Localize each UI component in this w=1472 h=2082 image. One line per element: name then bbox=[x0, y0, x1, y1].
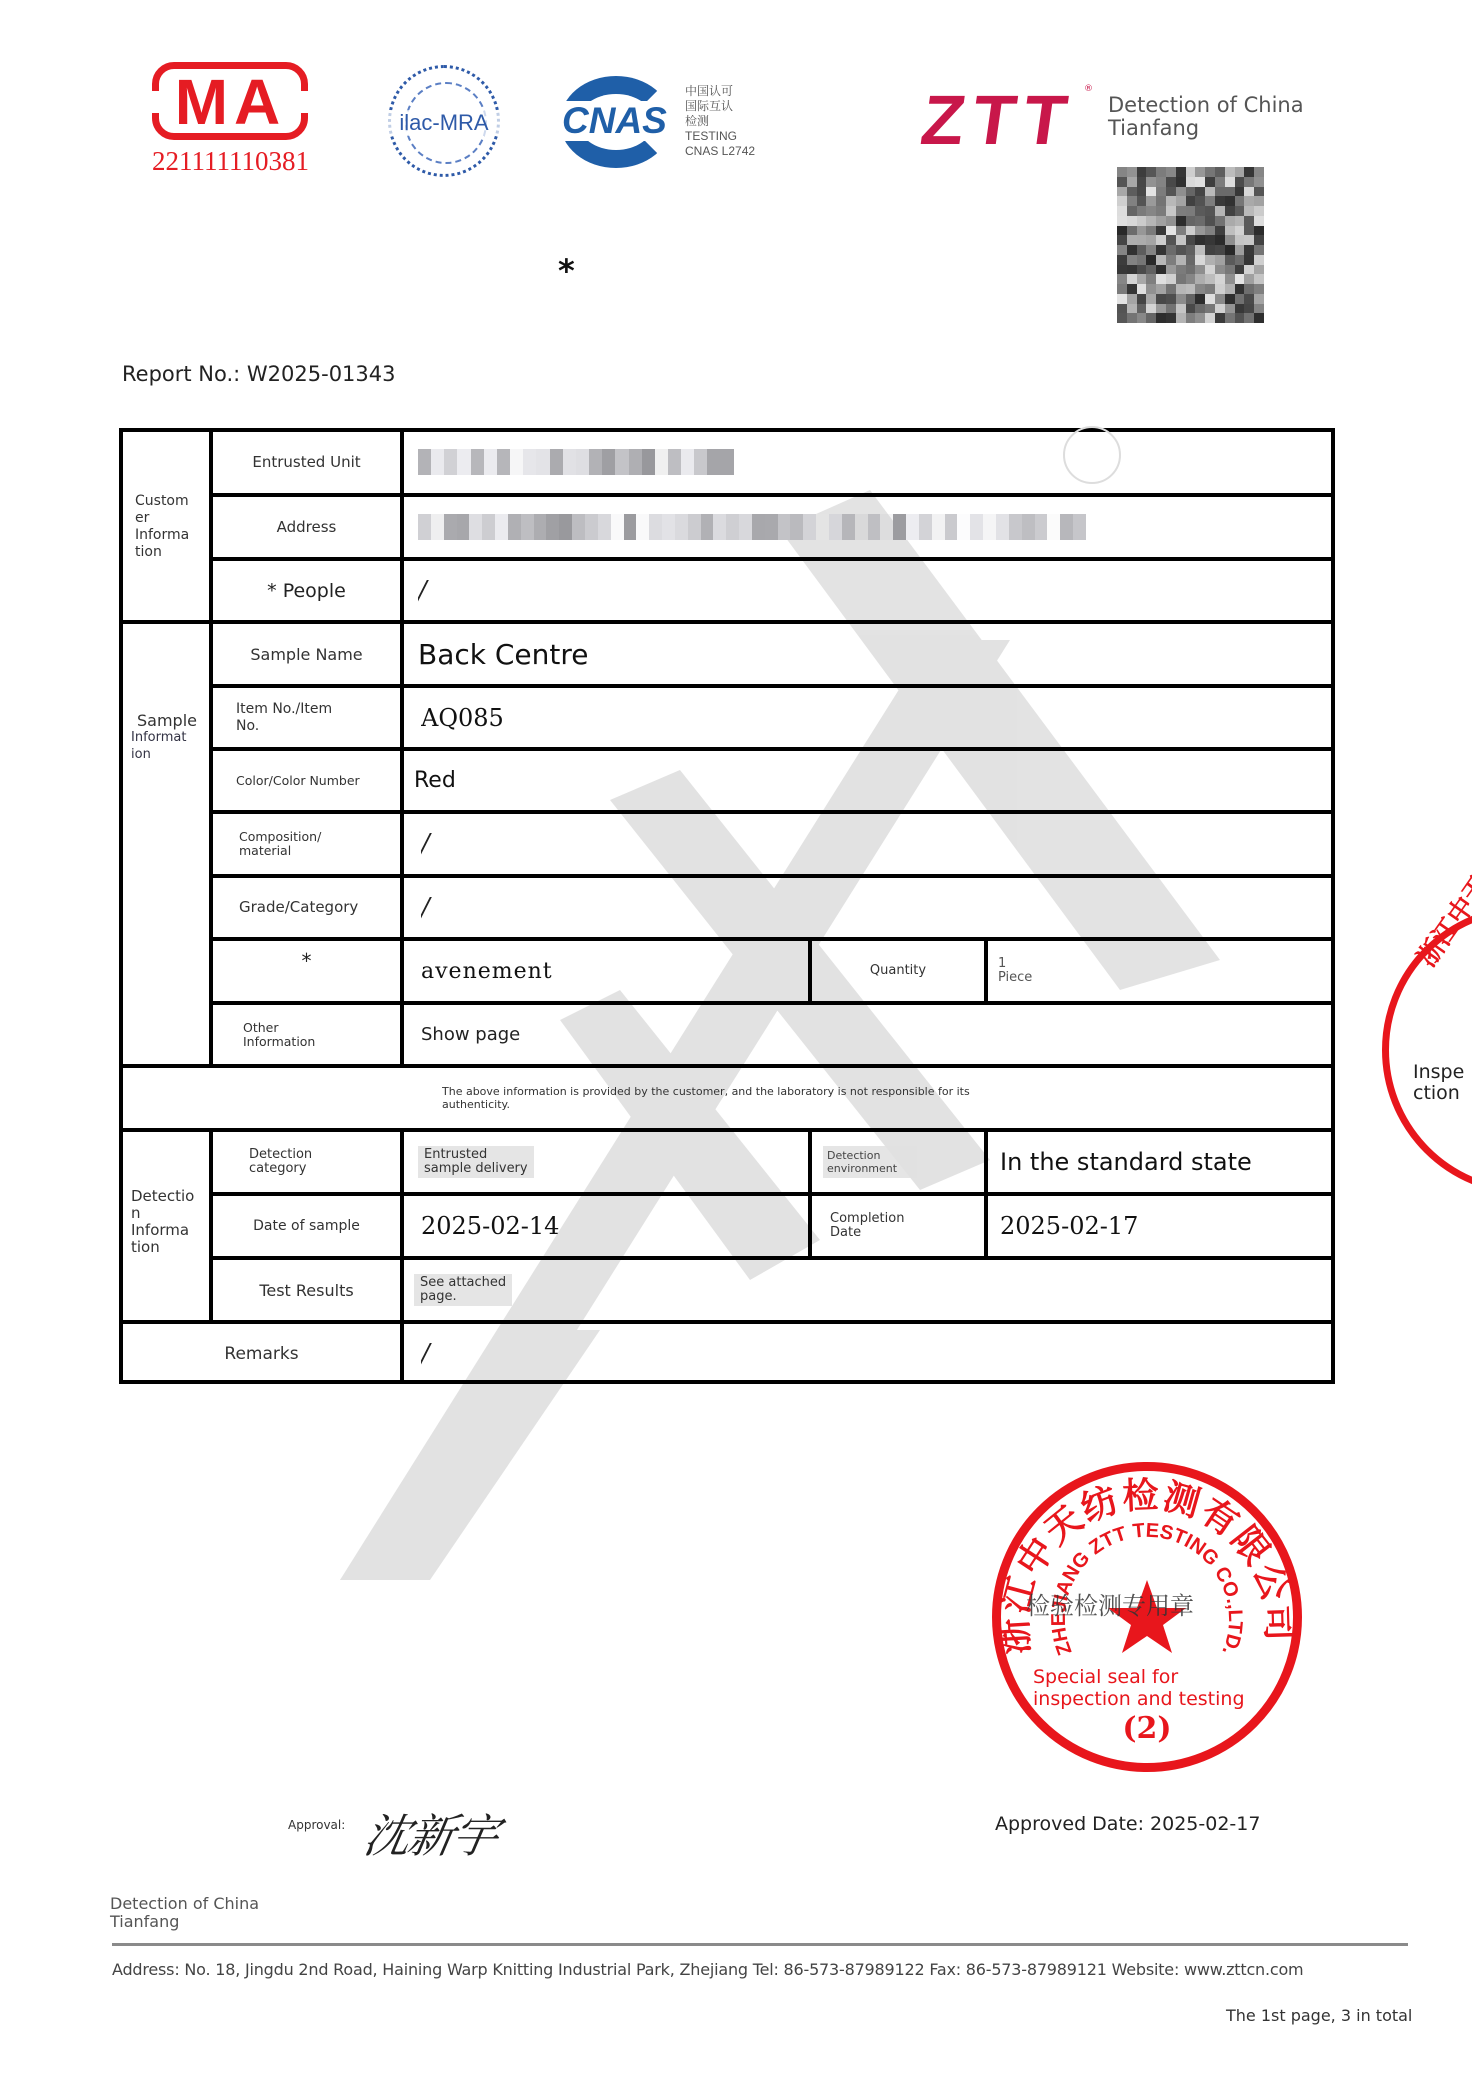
label-grade-category: Grade/Category bbox=[239, 878, 399, 937]
footer-divider bbox=[112, 1943, 1408, 1946]
qr-code bbox=[1117, 167, 1264, 323]
report-number: Report No.: W2025-01343 bbox=[122, 362, 396, 386]
ilac-mra-logo: ilac-MRA bbox=[388, 65, 500, 177]
value-detection-environment: In the standard state bbox=[1000, 1132, 1330, 1192]
ilac-text: ilac-MRA bbox=[387, 110, 501, 136]
value-test-results: See attached page. bbox=[414, 1260, 714, 1320]
seal-side-text: Inspe ction bbox=[1413, 1062, 1464, 1104]
footer-brand: Detection of China Tianfang bbox=[110, 1895, 259, 1931]
registered-mark: ® bbox=[1084, 84, 1093, 94]
ztt-wordmark: ZTT bbox=[918, 88, 1079, 152]
value-avenement: avenement bbox=[421, 941, 801, 1001]
label-detection-environment: Detection environment bbox=[823, 1132, 983, 1192]
inspection-testing-seal: 浙江中天纺检测有限公司 ZHEJIANG ZTT TESTING CO.,LTD… bbox=[992, 1462, 1302, 1772]
cnas-logo: CNAS 中国认可 国际互认 检测 TESTING CNAS L2742 bbox=[560, 76, 782, 170]
cnas-word: CNAS bbox=[560, 101, 669, 141]
label-detection-category: Detection category bbox=[249, 1132, 400, 1192]
ztt-subtitle: Detection of China Tianfang bbox=[1108, 94, 1304, 140]
value-quantity: 1 Piece bbox=[998, 941, 1198, 1001]
value-item-no: AQ085 bbox=[421, 688, 721, 747]
label-date-of-sample: Date of sample bbox=[213, 1196, 400, 1256]
approved-date: Approved Date: 2025-02-17 bbox=[995, 1813, 1260, 1835]
value-composition: / bbox=[421, 814, 621, 874]
approval-label: Approval: bbox=[288, 1818, 345, 1832]
value-address-redacted bbox=[418, 513, 1098, 541]
label-people: * People bbox=[213, 561, 400, 620]
section-customer-information: Custom er Informa tion bbox=[135, 472, 205, 582]
label-sample-name: Sample Name bbox=[213, 624, 400, 684]
label-entrusted-unit: Entrusted Unit bbox=[213, 432, 400, 493]
label-quantity: Quantity bbox=[812, 941, 984, 1001]
watermark-circle-icon bbox=[1063, 426, 1121, 484]
page-count: The 1st page, 3 in total bbox=[1226, 2006, 1412, 2025]
value-color: Red bbox=[414, 751, 714, 810]
seal-overlay-chinese: 检验检测专用章 bbox=[1026, 1586, 1194, 1621]
value-sample-name: Back Centre bbox=[418, 624, 918, 684]
label-color: Color/Color Number bbox=[236, 751, 400, 810]
approver-signature: 沈新宇 bbox=[359, 1800, 503, 1866]
label-item-no: Item No./Item No. bbox=[236, 688, 396, 747]
value-people: / bbox=[418, 561, 618, 620]
value-entrusted-unit-redacted bbox=[418, 448, 738, 476]
cma-logo: MA 221111110381 bbox=[148, 62, 313, 180]
value-grade-category: / bbox=[421, 878, 621, 937]
cma-letters: MA bbox=[148, 64, 313, 140]
label-completion-date: Completion Date bbox=[830, 1196, 980, 1256]
label-address: Address bbox=[213, 497, 400, 557]
seal-number: (2) bbox=[1001, 1711, 1293, 1746]
report-info-table: Custom er Informa tion Sample Informat i… bbox=[119, 428, 1335, 1384]
section-sample-information: Sample Informat ion bbox=[131, 687, 207, 787]
disclaimer-text: The above information is provided by the… bbox=[442, 1068, 1142, 1128]
value-completion-date: 2025-02-17 bbox=[1000, 1196, 1300, 1256]
label-remarks: Remarks bbox=[123, 1324, 400, 1384]
label-test-results: Test Results bbox=[213, 1260, 400, 1320]
header-asterisk: * bbox=[558, 252, 575, 290]
cma-number: 221111110381 bbox=[148, 146, 313, 177]
section-detection-information: Detectio n Informa tion bbox=[131, 1152, 207, 1292]
seal-special-text: Special seal for inspection and testing bbox=[1033, 1666, 1245, 1710]
label-other-information: Other Information bbox=[243, 1005, 400, 1064]
value-remarks: / bbox=[421, 1324, 621, 1384]
label-composition: Composition/ material bbox=[239, 814, 399, 874]
cnas-side-text: 中国认可 国际互认 检测 TESTING CNAS L2742 bbox=[685, 84, 755, 159]
label-asterisk-row: * bbox=[213, 941, 400, 981]
partial-seal-stamp: Inspe ction 浙江中天 bbox=[1382, 905, 1472, 1195]
footer-address: Address: No. 18, Jingdu 2nd Road, Hainin… bbox=[112, 1960, 1303, 1979]
value-detection-category: Entrusted sample delivery bbox=[418, 1132, 798, 1192]
value-date-of-sample: 2025-02-14 bbox=[421, 1196, 801, 1256]
value-other-information: Show page bbox=[421, 1005, 721, 1064]
ztt-logo: ZTT ® bbox=[922, 88, 1074, 152]
